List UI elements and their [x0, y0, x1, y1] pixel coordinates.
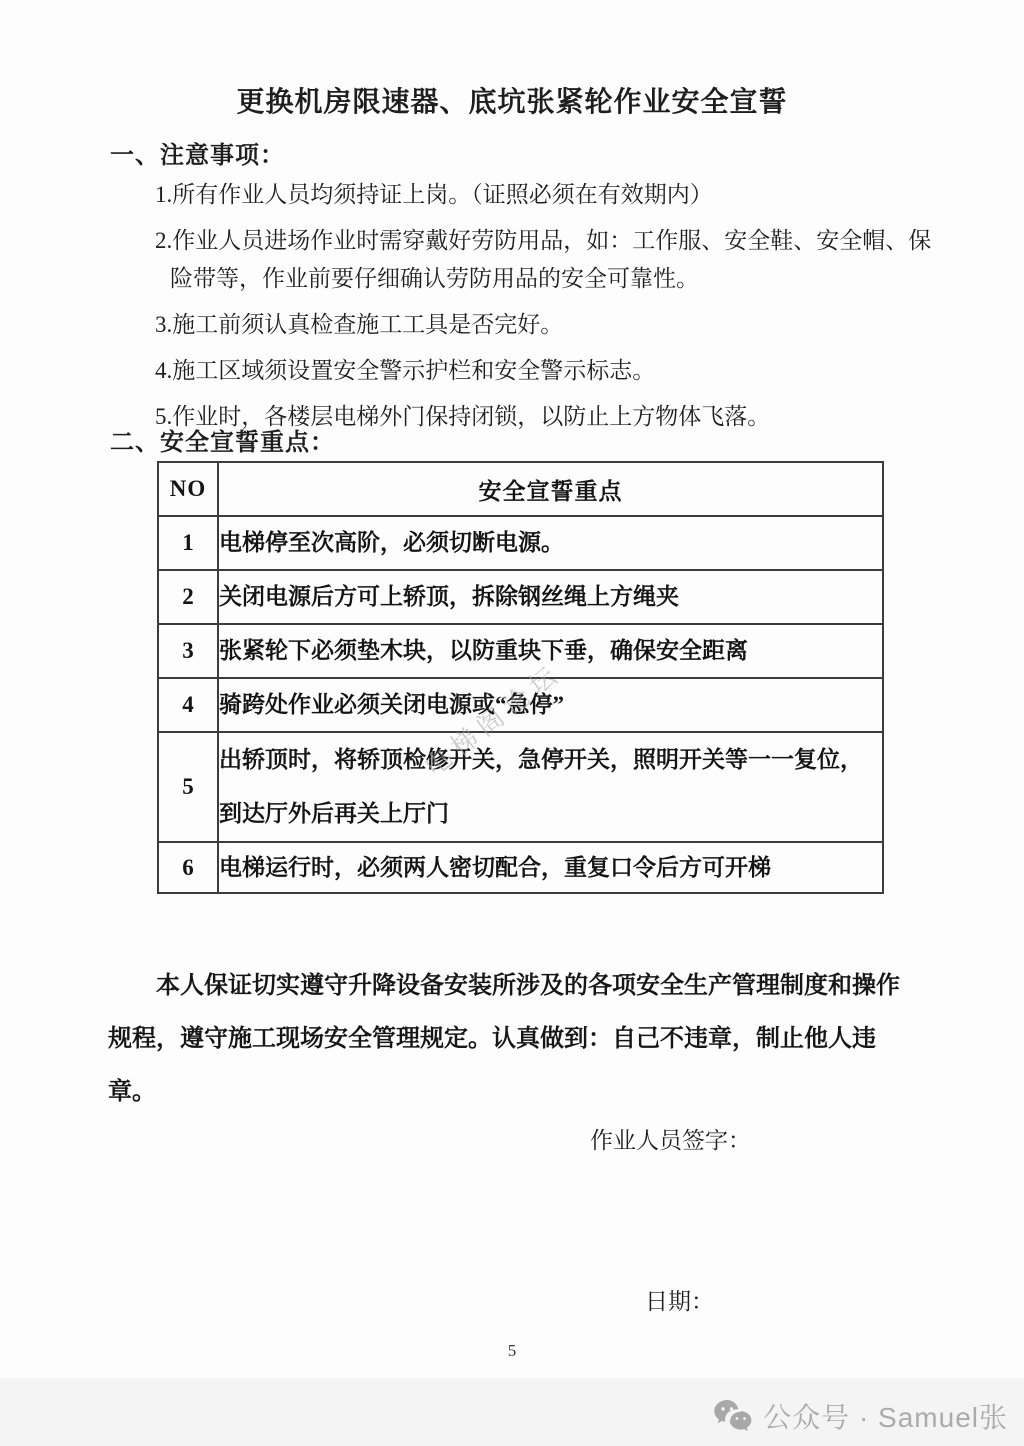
footer-bar: 公众号 · Samuel张 [0, 1378, 1024, 1446]
row-text: 电梯运行时，必须两人密切配合，重复口令后方可开梯 [218, 842, 883, 893]
table-row: 4 骑跨处作业必须关闭电源或“急停” [158, 678, 883, 732]
table-row: 6 电梯运行时，必须两人密切配合，重复口令后方可开梯 [158, 842, 883, 893]
note-item-4: 4.施工区域须设置安全警示护栏和安全警示标志。 [155, 352, 933, 390]
notes-list: 1.所有作业人员均须持证上岗。（证照必须在有效期内） 2.作业人员进场作业时需穿… [155, 176, 933, 444]
table-row: 3 张紧轮下必须垫木块，以防重块下垂，确保安全距离 [158, 624, 883, 678]
table-row: 1 电梯停至次高阶，必须切断电源。 [158, 516, 883, 570]
section2-heading: 二、安全宣誓重点： [110, 422, 335, 457]
row-number: 2 [158, 570, 218, 624]
note-item-2: 2.作业人员进场作业时需穿戴好劳防用品，如：工作服、安全鞋、安全帽、保险带等，作… [155, 222, 933, 298]
note-item-3: 3.施工前须认真检查施工工具是否完好。 [155, 306, 933, 344]
note-item-1: 1.所有作业人员均须持证上岗。（证照必须在有效期内） [155, 176, 933, 214]
date-label: 日期： [645, 1283, 714, 1316]
row-number: 3 [158, 624, 218, 678]
document-title: 更换机房限速器、底坑张紧轮作业安全宣誓 [0, 80, 1024, 120]
footer-brand: 公众号 · Samuel张 [713, 1396, 1008, 1436]
table-header-row: NO 安全宣誓重点 [158, 462, 883, 516]
row-text: 关闭电源后方可上轿顶，拆除钢丝绳上方绳夹 [218, 570, 883, 624]
worker-signature-label: 作业人员签字： [590, 1122, 751, 1155]
row-text: 出轿顶时，将轿顶检修开关，急停开关，照明开关等一一复位，到达厅外后再关上厅门 [218, 732, 883, 842]
section1-heading: 一、注意事项： [110, 135, 285, 170]
table-header-no: NO [158, 462, 218, 516]
row-number: 6 [158, 842, 218, 893]
row-number: 5 [158, 732, 218, 842]
table-header-topic: 安全宣誓重点 [218, 462, 883, 516]
row-number: 1 [158, 516, 218, 570]
row-number: 4 [158, 678, 218, 732]
wechat-icon [713, 1399, 753, 1433]
row-text: 电梯停至次高阶，必须切断电源。 [218, 516, 883, 570]
row-text: 张紧轮下必须垫木块，以防重块下垂，确保安全距离 [218, 624, 883, 678]
table-row: 5 出轿顶时，将轿顶检修开关，急停开关，照明开关等一一复位，到达厅外后再关上厅门 [158, 732, 883, 842]
footer-brand-text: 公众号 · Samuel张 [763, 1396, 1008, 1436]
page-number: 5 [0, 1341, 1024, 1361]
table-row: 2 关闭电源后方可上轿顶，拆除钢丝绳上方绳夹 [158, 570, 883, 624]
safety-pledge-table: NO 安全宣誓重点 1 电梯停至次高阶，必须切断电源。 2 关闭电源后方可上轿顶… [157, 461, 884, 894]
row-text: 骑跨处作业必须关闭电源或“急停” [218, 678, 883, 732]
pledge-paragraph: 本人保证切实遵守升降设备安装所涉及的各项安全生产管理制度和操作规程，遵守施工现场… [108, 960, 908, 1119]
